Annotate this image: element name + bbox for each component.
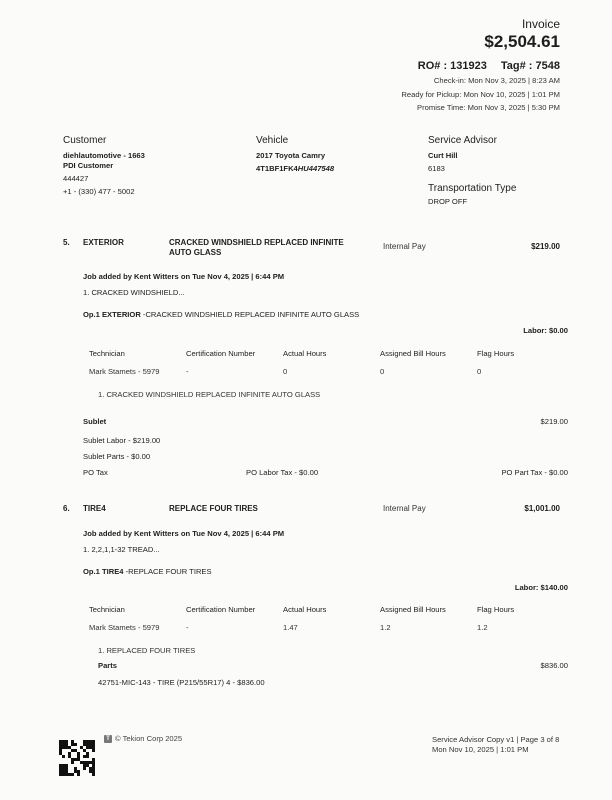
printed-timestamp: Mon Nov 10, 2025 | 1:01 PM <box>432 745 529 754</box>
job-concern: 1. CRACKED WINDSHIELD... <box>83 288 185 297</box>
ro-number: RO# : 131923 <box>418 60 487 72</box>
job-code: TIRE4 <box>83 504 106 513</box>
po-part-tax: PO Part Tax - $0.00 <box>501 468 568 477</box>
job-code: EXTERIOR <box>83 238 124 247</box>
advisor-heading: Service Advisor <box>428 135 497 146</box>
qr-code-icon <box>59 740 95 776</box>
po-tax: PO Tax <box>83 468 108 477</box>
customer-type: PDI Customer <box>63 161 113 170</box>
ro-tag-line: RO# : 131923Tag# : 7548 <box>418 60 560 72</box>
parts-label: Parts <box>98 661 117 670</box>
sublet-label: Sublet <box>83 417 106 426</box>
vehicle-description: 2017 Toyota Camry <box>256 151 325 160</box>
col-actual-hours: Actual Hours <box>283 605 326 614</box>
ready-for-pickup: Ready for Pickup: Mon Nov 10, 2025 | 1:0… <box>401 90 560 99</box>
copy-info: Service Advisor Copy v1 | Page 3 of 8 <box>432 735 559 744</box>
cell-actual-hours: 1.47 <box>283 623 298 632</box>
po-labor-tax: PO Labor Tax - $0.00 <box>246 468 318 477</box>
cell-assigned-bill-hours: 1.2 <box>380 623 391 632</box>
job-operation: Op.1 TIRE4 -REPLACE FOUR TIRES <box>83 567 212 576</box>
copyright-text: © Tekion Corp 2025 <box>115 734 182 743</box>
cell-assigned-bill-hours: 0 <box>380 367 384 376</box>
op-description: -REPLACE FOUR TIRES <box>124 567 212 576</box>
col-certification: Certification Number <box>186 605 255 614</box>
cell-flag-hours: 1.2 <box>477 623 488 632</box>
vin-prefix: 4T1BF1FK4 <box>256 164 298 173</box>
cell-technician: Mark Stamets - 5979 <box>89 623 159 632</box>
check-in: Check-in: Mon Nov 3, 2025 | 8:23 AM <box>434 76 560 85</box>
job-correction: 1. REPLACED FOUR TIRES <box>98 646 195 655</box>
col-actual-hours: Actual Hours <box>283 349 326 358</box>
job-description-line2: AUTO GLASS <box>169 248 221 257</box>
customer-heading: Customer <box>63 135 106 146</box>
sublet-parts: Sublet Parts - $0.00 <box>83 452 150 461</box>
col-flag-hours: Flag Hours <box>477 349 514 358</box>
customer-name: diehlautomotive - 1663 <box>63 151 145 160</box>
parts-amount: $836.00 <box>541 661 568 670</box>
job-operation: Op.1 EXTERIOR -CRACKED WINDSHIELD REPLAC… <box>83 310 359 319</box>
job-description-line1: CRACKED WINDSHIELD REPLACED INFINITE <box>169 238 344 247</box>
customer-phone: +1 - (330) 477 - 5002 <box>63 187 135 196</box>
advisor-name: Curt Hill <box>428 151 458 160</box>
col-assigned-bill-hours: Assigned Bill Hours <box>380 349 446 358</box>
job-amount: $1,001.00 <box>524 504 560 513</box>
cell-certification: - <box>186 623 189 632</box>
customer-id: 444427 <box>63 174 88 183</box>
sublet-labor: Sublet Labor - $219.00 <box>83 436 160 445</box>
op-prefix: Op.1 TIRE4 <box>83 567 124 576</box>
job-number: 6. <box>63 504 70 513</box>
job-correction: 1. CRACKED WINDSHIELD REPLACED INFINITE … <box>98 390 320 399</box>
job-added-by: Job added by Kent Witters on Tue Nov 4, … <box>83 529 284 538</box>
tekion-logo-icon: T <box>104 735 112 743</box>
vehicle-heading: Vehicle <box>256 135 288 146</box>
cell-flag-hours: 0 <box>477 367 481 376</box>
labor-total: Labor: $0.00 <box>523 326 568 335</box>
col-technician: Technician <box>89 349 125 358</box>
invoice-total: $2,504.61 <box>484 32 560 52</box>
col-flag-hours: Flag Hours <box>477 605 514 614</box>
job-description-line1: REPLACE FOUR TIRES <box>169 504 258 513</box>
col-certification: Certification Number <box>186 349 255 358</box>
cell-technician: Mark Stamets - 5979 <box>89 367 159 376</box>
transport-value: DROP OFF <box>428 197 467 206</box>
sublet-amount: $219.00 <box>541 417 568 426</box>
op-description: -CRACKED WINDSHIELD REPLACED INFINITE AU… <box>141 310 359 319</box>
invoice-title: Invoice <box>522 17 560 31</box>
advisor-id: 6183 <box>428 164 445 173</box>
tag-number: Tag# : 7548 <box>501 60 560 72</box>
job-added-by: Job added by Kent Witters on Tue Nov 4, … <box>83 272 284 281</box>
job-number: 5. <box>63 238 70 247</box>
transport-heading: Transportation Type <box>428 183 516 194</box>
col-assigned-bill-hours: Assigned Bill Hours <box>380 605 446 614</box>
promise-time: Promise Time: Mon Nov 3, 2025 | 5:30 PM <box>417 103 560 112</box>
job-pay-type: Internal Pay <box>383 504 426 513</box>
vehicle-vin: 4T1BF1FK4HU447548 <box>256 164 334 173</box>
vin-suffix: HU447548 <box>298 164 334 173</box>
job-amount: $219.00 <box>531 242 560 251</box>
labor-total: Labor: $140.00 <box>515 583 568 592</box>
parts-line: 42751-MIC-143 - TIRE (P215/55R17) 4 - $8… <box>98 678 265 687</box>
job-pay-type: Internal Pay <box>383 242 426 251</box>
job-concern: 1. 2,2,1,1-32 TREAD... <box>83 545 160 554</box>
op-prefix: Op.1 EXTERIOR <box>83 310 141 319</box>
cell-certification: - <box>186 367 189 376</box>
col-technician: Technician <box>89 605 125 614</box>
copyright: T© Tekion Corp 2025 <box>104 734 182 743</box>
cell-actual-hours: 0 <box>283 367 287 376</box>
